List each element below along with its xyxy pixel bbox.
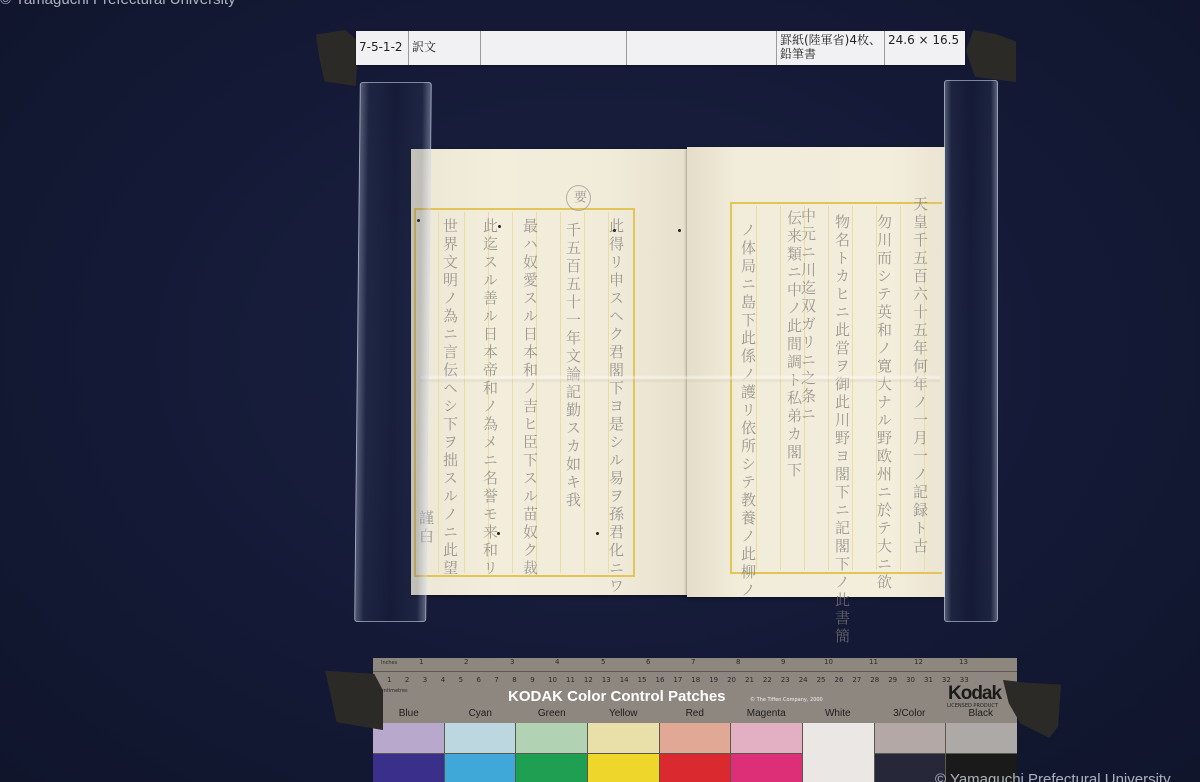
cm-tick: 17 [673,676,682,684]
color-patch-magenta-dark [731,754,802,782]
catalog-description: 罫紙(陸軍省)4枚、 鉛筆書 [777,31,885,65]
color-patch-green-dark [516,754,587,782]
cm-tick: 13 [602,676,611,684]
cm-tick: 24 [799,676,808,684]
color-patch-cyan-dark [445,754,516,782]
cm-tick: 8 [512,676,516,684]
inch-tick: 3 [510,658,514,666]
cm-tick: 26 [835,676,844,684]
inch-tick: 12 [914,658,923,666]
handwritten-column: 最ハ奴愛スル日本和ノ吉ヒ臣下スル苗奴ク裁 [520,218,541,558]
punch-dot [678,229,681,232]
punch-dot [497,532,500,535]
inch-tick: 4 [555,658,559,666]
inches-caption: Inches [381,660,397,666]
cm-tick: 23 [781,676,790,684]
cm-tick: 3 [423,676,427,684]
tape-bottom-left [325,664,383,730]
watermark-bottom: © Yamaguchi Prefectural University [935,771,1171,782]
cm-tick: 12 [584,676,593,684]
cm-tick: 15 [638,676,647,684]
cm-tick: 31 [924,676,933,684]
handwritten-column: 勿川而シテ英和ノ寛大ナル野欧州ニ於テ大ニ欲 [874,214,895,554]
punch-dot [613,229,616,232]
inch-tick: 10 [824,658,833,666]
handwritten-column: 此得リ申スヘク君閣下ヨ是シル易ヲ孫君化ニワ [606,218,627,568]
cm-tick: 25 [817,676,826,684]
cm-tick: 10 [548,676,557,684]
inch-tick: 9 [781,658,785,666]
catalog-id: 7-5-1-2 [356,31,409,65]
cm-tick: 4 [441,676,445,684]
cm-tick: 1 [387,676,391,684]
annotation-circle: 要 [566,185,591,211]
kodak-color-target: Inches 1 2 3 4 5 6 7 8 9 10 11 12 13 123… [373,658,1017,782]
catalog-blank-cell-2 [627,31,777,65]
patch-labels: Blue Cyan Green Yellow Red Magenta White… [373,708,1017,719]
handwritten-column: 此迄スル善ル日本帝和ノ為メニ名誉モ来和リ [480,218,501,558]
handwritten-column: 物名トカヒニ此営ヲ御此川野ヨ閣下ニ記閣下ノ此書簡 [832,214,853,554]
cm-tick: 22 [763,676,772,684]
cm-tick: 11 [566,676,575,684]
color-patch-yellow-dark [588,754,659,782]
acrylic-weight-right [944,80,998,622]
inch-tick: 13 [959,658,968,666]
color-patch-white [803,723,874,782]
color-patch-3-color-light [875,723,946,753]
watermark-top: © Yamaguchi Prefectural University [0,0,236,8]
cm-tick: 20 [727,676,736,684]
color-patch-green-light [516,723,587,753]
inch-tick: 6 [646,658,650,666]
catalog-label-strip: 7-5-1-2 訳文 罫紙(陸軍省)4枚、 鉛筆書 24.6 × 16.5 [356,31,965,65]
kodak-logo: Kodak [948,683,1001,705]
color-patch-magenta-light [731,723,802,753]
cm-tick: 30 [906,676,915,684]
cm-tick: 9 [530,676,534,684]
cm-tick: 16 [656,676,665,684]
color-patch-red-light [660,723,731,753]
cm-tick: 27 [852,676,861,684]
color-patch-yellow-light [588,723,659,753]
cm-tick: 29 [888,676,897,684]
cm-tick: 2 [405,676,409,684]
patch-label: Yellow [588,708,660,719]
inch-ruler: Inches 1 2 3 4 5 6 7 8 9 10 11 12 13 [373,658,1017,672]
paper-fold-crease [420,375,940,383]
acrylic-weight-left [354,82,432,622]
ruled-frame-right: 天皇千五百六十五年何年ノ一月一ノ記録ト古 勿川而シテ英和ノ寛大ナル野欧州ニ於テ大… [730,202,942,574]
cm-ruler: 1234567891011121314151617181920212223242… [373,672,1017,687]
patch-label: Magenta [731,708,803,719]
kodak-copyright: © The Tiffen Company, 2000 [750,697,823,703]
color-patch-blue-light [373,723,444,753]
catalog-title: 訳文 [409,31,481,65]
inch-tick: 5 [601,658,605,666]
patch-label: Green [516,708,588,719]
color-patches-grid [373,723,1017,782]
catalog-description-line2: 鉛筆書 [780,47,881,61]
catalog-blank-cell-1 [481,31,627,65]
cm-tick: 5 [459,676,463,684]
color-patch-black-light [946,723,1017,753]
cm-tick: 19 [709,676,718,684]
inch-tick: 7 [691,658,695,666]
kodak-title: KODAK Color Control Patches [508,688,726,705]
handwritten-column: ノ体局ニ島下此係ノ護リ依所シテ教養ノ此柳ノ [738,222,759,562]
tape-top-left [316,30,358,86]
patch-label: White [802,708,874,719]
cm-tick: 14 [620,676,629,684]
handwritten-column: 世界文明ノ為ニ言伝ヘシ下ヲ拙スルノニ此望 [440,218,461,558]
patch-label: 3/Color [874,708,946,719]
patch-label: Red [659,708,731,719]
catalog-size: 24.6 × 16.5 [885,31,965,65]
punch-dot [596,532,599,535]
color-patch-blue-dark [373,754,444,782]
cm-tick: 7 [494,676,498,684]
color-patch-cyan-light [445,723,516,753]
cm-tick: 21 [745,676,754,684]
patch-label: Blue [373,708,445,719]
inch-tick: 11 [869,658,878,666]
cm-tick: 6 [477,676,481,684]
patch-label: Black [945,708,1017,719]
punch-dot [498,225,501,228]
inch-tick: 1 [419,658,423,666]
tape-top-right [966,30,1016,82]
cm-tick: 28 [870,676,879,684]
ruled-frame-left: 此得リ申スヘク君閣下ヨ是シル易ヲ孫君化ニワ 千五百五十一年文論記勤スカ如キ我 最… [414,208,635,577]
catalog-description-line1: 罫紙(陸軍省)4枚、 [780,33,881,47]
patch-label: Cyan [445,708,517,719]
inch-tick: 8 [736,658,740,666]
inch-tick: 2 [464,658,468,666]
handwritten-column: 千五百五十一年文論記勤スカ如キ我 [563,222,584,562]
cm-tick: 18 [691,676,700,684]
color-patch-red-dark [660,754,731,782]
